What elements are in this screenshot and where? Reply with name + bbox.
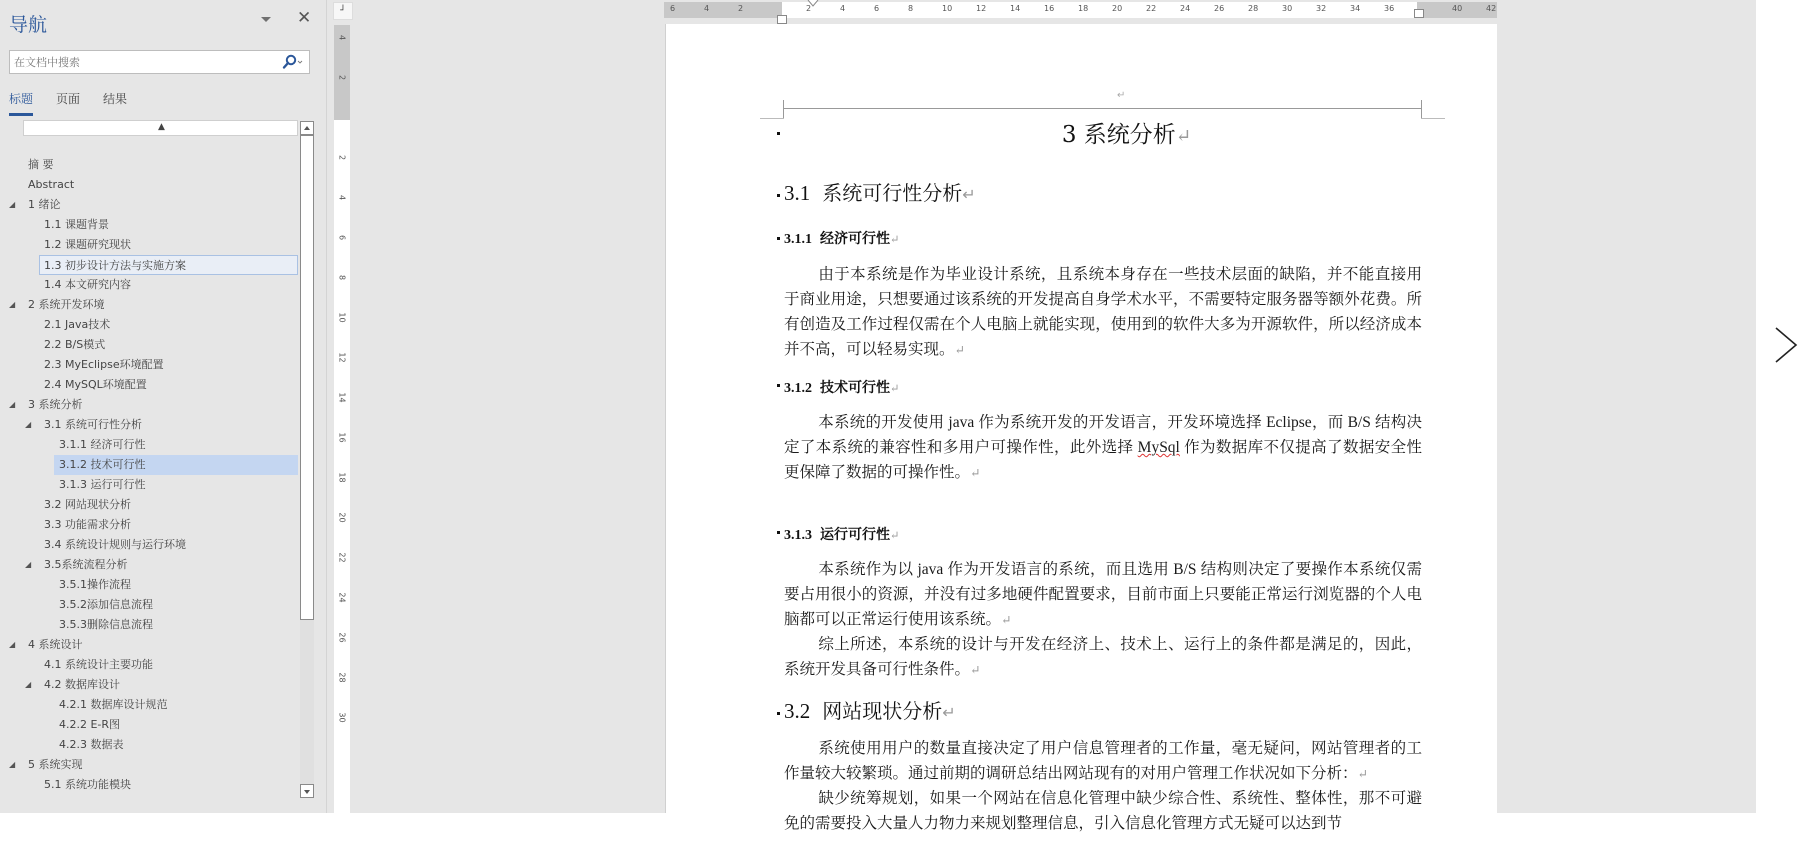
nav-heading-item[interactable]: 1.4 本文研究内容 bbox=[42, 275, 298, 295]
paragraph-economic[interactable]: 由于本系统是作为毕业设计系统，且系统本身存在一些技术层面的缺陷，并不能直接用于商… bbox=[784, 262, 1422, 363]
expand-triangle-icon[interactable]: ◢ bbox=[9, 195, 15, 215]
paragraph-mark: ↵ bbox=[890, 530, 899, 542]
section-number: 3.1.1 bbox=[784, 232, 812, 247]
nav-heading-label: 2.2 B/S模式 bbox=[44, 338, 105, 351]
nav-heading-label: 3.5.1操作流程 bbox=[59, 578, 131, 591]
ruler-tick: 8 bbox=[908, 4, 913, 13]
section-title: 经济可行性 bbox=[820, 232, 890, 247]
ruler-tick: 30 bbox=[338, 710, 347, 726]
section-title: 网站现状分析 bbox=[822, 699, 942, 723]
nav-heading-item[interactable]: 2.4 MySQL环境配置 bbox=[42, 375, 298, 395]
expand-triangle-icon[interactable]: ◢ bbox=[25, 555, 31, 575]
ruler-tick: 12 bbox=[976, 4, 986, 13]
nav-heading-label: 3.5.2添加信息流程 bbox=[59, 598, 153, 611]
nav-heading-item[interactable]: 3.5.3删除信息流程 bbox=[57, 615, 298, 635]
ruler-tick: 10 bbox=[942, 4, 952, 13]
nav-heading-label: 3.2 网站现状分析 bbox=[44, 498, 131, 511]
section-number: 3.2 bbox=[784, 699, 810, 723]
nav-heading-label: 3.5系统流程分析 bbox=[44, 558, 128, 571]
heading-3-1-3[interactable]: 3.1.3运行可行性↵ bbox=[784, 524, 899, 544]
vertical-ruler: 4224681012141618202224262830 bbox=[334, 25, 350, 813]
ruler-tick: 34 bbox=[1350, 4, 1360, 13]
nav-heading-label: 4.2 数据库设计 bbox=[44, 678, 120, 691]
ruler-tick: 4 bbox=[704, 4, 709, 13]
paragraph-planning[interactable]: 缺少统筹规划，如果一个网站在信息化管理中缺少综合性、系统性、整体性，那不可避免的… bbox=[784, 786, 1422, 836]
nav-heading-label: 3 系统分析 bbox=[28, 398, 83, 411]
search-button[interactable] bbox=[279, 53, 305, 71]
paragraph-mark: ↵ bbox=[1176, 126, 1191, 147]
paragraph-mark: ↵ bbox=[970, 663, 980, 677]
nav-heading-label: 1.4 本文研究内容 bbox=[44, 278, 131, 291]
paragraph-mark: ↵ bbox=[962, 185, 975, 204]
nav-heading-label: 1.2 课题研究现状 bbox=[44, 238, 131, 251]
nav-heading-label: 3.1.1 经济可行性 bbox=[59, 438, 146, 451]
collapse-up-icon: ▲ bbox=[158, 122, 165, 132]
expand-triangle-icon[interactable]: ◢ bbox=[9, 395, 15, 415]
close-icon[interactable]: ✕ bbox=[297, 8, 311, 28]
ruler-tick: 24 bbox=[1180, 4, 1190, 13]
horizontal-ruler: 642246810121416182022242628303234364042 bbox=[664, 2, 1497, 18]
ruler-tick: 18 bbox=[338, 470, 347, 486]
nav-heading-item[interactable]: 3.4 系统设计规则与运行环境 bbox=[42, 535, 298, 555]
scroll-up-button[interactable] bbox=[300, 121, 314, 135]
nav-heading-label: 3.5.3删除信息流程 bbox=[59, 618, 153, 631]
ruler-tick: 10 bbox=[338, 310, 347, 326]
ruler-tick: 28 bbox=[338, 670, 347, 686]
heading-3-1[interactable]: 3.1系统可行性分析↵ bbox=[784, 177, 976, 206]
ruler-tick: 22 bbox=[1146, 4, 1156, 13]
expand-triangle-icon[interactable]: ◢ bbox=[25, 415, 31, 435]
nav-heading-item[interactable]: 4.2.2 E-R图 bbox=[57, 715, 298, 735]
nav-heading-item[interactable]: 3.5.1操作流程 bbox=[57, 575, 298, 595]
nav-heading-item[interactable]: ◢3.5系统流程分析 bbox=[42, 555, 298, 575]
nav-heading-label: 3.1 系统可行性分析 bbox=[44, 418, 142, 431]
paragraph-summary[interactable]: 综上所述，本系统的设计与开发在经济上、技术上、运行上的条件都是满足的，因此，系统… bbox=[784, 632, 1422, 683]
right-indent-marker[interactable] bbox=[1414, 9, 1424, 18]
ruler-tick: 22 bbox=[338, 550, 347, 566]
ruler-tick: 8 bbox=[338, 270, 347, 286]
tab-pages[interactable]: 页面 bbox=[56, 90, 80, 116]
nav-heading-label: 5.1 系统功能模块 bbox=[44, 778, 131, 791]
nav-heading-label: 4.2.3 数据表 bbox=[59, 738, 124, 751]
paragraph-text: 缺少统筹规划，如果一个网站在信息化管理中缺少综合性、系统性、整体性，那不可避免的… bbox=[784, 790, 1422, 832]
nav-heading-item[interactable]: 3.1.1 经济可行性 bbox=[57, 435, 298, 455]
ruler-tick: 20 bbox=[1112, 4, 1122, 13]
nav-heading-label: 4.2.1 数据库设计规范 bbox=[59, 698, 168, 711]
nav-heading-item[interactable]: 2.2 B/S模式 bbox=[42, 335, 298, 355]
paragraph-text: 由于本系统是作为毕业设计系统，且系统本身存在一些技术层面的缺陷，并不能直接用于商… bbox=[784, 266, 1422, 358]
nav-heading-item[interactable]: 3.1.3 运行可行性 bbox=[57, 475, 298, 495]
nav-heading-item[interactable]: 2.3 MyEclipse环境配置 bbox=[42, 355, 298, 375]
nav-heading-item[interactable]: ◢3.1 系统可行性分析 bbox=[42, 415, 298, 435]
paragraph-mark: ↵ bbox=[1001, 613, 1011, 627]
nav-heading-item[interactable]: ◢1 绪论 bbox=[26, 195, 298, 215]
paragraph-marker bbox=[777, 712, 780, 715]
ruler-tick: 4 bbox=[840, 4, 845, 13]
section-title: 运行可行性 bbox=[820, 528, 890, 543]
paragraph-mark: ↵ bbox=[942, 703, 955, 722]
nav-heading-item[interactable]: 3.2 网站现状分析 bbox=[42, 495, 298, 515]
scroll-down-button[interactable] bbox=[300, 784, 314, 798]
nav-heading-item[interactable]: ◢4 系统设计 bbox=[26, 635, 298, 655]
scroll-thumb[interactable] bbox=[300, 135, 314, 620]
paragraph-marker bbox=[777, 531, 780, 534]
ruler-tick: 4 bbox=[338, 190, 347, 206]
left-indent-marker[interactable] bbox=[777, 15, 787, 24]
nav-heading-label: 2.1 Java技术 bbox=[44, 318, 110, 331]
ruler-tick: 20 bbox=[338, 510, 347, 526]
header-border bbox=[783, 108, 1421, 109]
paragraph-operational[interactable]: 本系统作为以 java 作为开发语言的系统，而且选用 B/S 结构则决定了要操作… bbox=[784, 557, 1422, 633]
ruler-tick: 32 bbox=[1316, 4, 1326, 13]
nav-heading-item[interactable]: 1.2 课题研究现状 bbox=[42, 235, 298, 255]
ruler-tick: 14 bbox=[338, 390, 347, 406]
search-box bbox=[9, 50, 310, 74]
paragraph-mark: ↵ bbox=[955, 343, 965, 357]
section-number: 3.1.3 bbox=[784, 528, 812, 543]
expand-triangle-icon[interactable]: ◢ bbox=[9, 635, 15, 655]
heading-tree: 摘 要Abstract◢1 绪论1.1 课题背景1.2 课题研究现状1.3 初步… bbox=[0, 155, 298, 795]
nav-heading-item[interactable]: Abstract bbox=[26, 175, 298, 195]
nav-heading-item[interactable]: 摘 要 bbox=[26, 155, 298, 175]
nav-heading-item[interactable]: 3.1.2 技术可行性 bbox=[54, 455, 298, 475]
section-title: 系统可行性分析 bbox=[822, 181, 962, 205]
nav-heading-item[interactable]: ◢2 系统开发环境 bbox=[26, 295, 298, 315]
ruler-tick: 16 bbox=[1044, 4, 1054, 13]
ruler-tick: 14 bbox=[1010, 4, 1020, 13]
heading-3-2[interactable]: 3.2网站现状分析↵ bbox=[784, 695, 956, 724]
nav-heading-item[interactable]: 4.1 系统设计主要功能 bbox=[42, 655, 298, 675]
nav-heading-item[interactable]: ◢5 系统实现 bbox=[26, 755, 298, 775]
ruler-left-margin bbox=[664, 2, 782, 18]
nav-heading-label: 摘 要 bbox=[28, 158, 54, 171]
paragraph-mark: ↵ bbox=[890, 234, 899, 246]
first-line-indent-marker[interactable] bbox=[807, 0, 819, 8]
paragraph-marker bbox=[777, 384, 780, 387]
section-title: 技术可行性 bbox=[820, 381, 890, 396]
ruler-tick: 24 bbox=[338, 590, 347, 606]
nav-heading-item[interactable]: 2.1 Java技术 bbox=[42, 315, 298, 335]
header-paragraph-mark: ↵ bbox=[1117, 90, 1125, 101]
nav-heading-label: 2.3 MyEclipse环境配置 bbox=[44, 358, 164, 371]
navigation-pane: 导航 ✕ 标题 页面 结果 ▲ 摘 要Abstract◢1 绪论1.1 课题背景… bbox=[0, 0, 327, 813]
ruler-tick: 26 bbox=[1214, 4, 1224, 13]
search-input[interactable] bbox=[14, 53, 282, 71]
nav-heading-item[interactable]: 4.2.3 数据表 bbox=[57, 735, 298, 755]
paragraph-marker bbox=[777, 237, 780, 240]
tab-results[interactable]: 结果 bbox=[103, 90, 127, 116]
nav-heading-item[interactable]: ◢4.2 数据库设计 bbox=[42, 675, 298, 695]
nav-heading-label: 5 系统实现 bbox=[28, 758, 83, 771]
pane-options-dropdown-icon[interactable] bbox=[259, 12, 273, 26]
paragraph-status[interactable]: 系统使用用户的数量直接决定了用户信息管理者的工作量，毫无疑问，网站管理者的工作量… bbox=[784, 736, 1422, 787]
ruler-tick: 4 bbox=[338, 30, 347, 46]
expand-triangle-icon[interactable]: ◢ bbox=[9, 755, 15, 775]
ruler-tick: 28 bbox=[1248, 4, 1258, 13]
ruler-tick: 42 bbox=[1486, 4, 1496, 13]
ruler-tick: 12 bbox=[338, 350, 347, 366]
ruler-tick: 36 bbox=[1384, 4, 1394, 13]
ruler-tick: 26 bbox=[338, 630, 347, 646]
nav-heading-label: 2 系统开发环境 bbox=[28, 298, 105, 311]
nav-heading-label: 4.2.2 E-R图 bbox=[59, 718, 120, 731]
nav-heading-label: Abstract bbox=[28, 178, 74, 191]
paragraph-marker bbox=[777, 194, 780, 197]
nav-tabs: 标题 页面 结果 bbox=[9, 90, 150, 116]
nav-scrollbar[interactable] bbox=[300, 121, 314, 798]
ruler-tick: 18 bbox=[1078, 4, 1088, 13]
nav-heading-label: 3.3 功能需求分析 bbox=[44, 518, 131, 531]
chapter-heading[interactable]: 3 系统分析↵ bbox=[666, 116, 1497, 149]
ruler-tick: 2 bbox=[338, 70, 347, 86]
ruler-tick: 6 bbox=[338, 230, 347, 246]
collapse-all-button[interactable]: ▲ bbox=[23, 120, 298, 136]
word-window: 导航 ✕ 标题 页面 结果 ▲ 摘 要Abstract◢1 绪论1.1 课题背景… bbox=[0, 0, 1756, 813]
nav-heading-item[interactable]: 5.1 系统功能模块 bbox=[42, 775, 298, 795]
paragraph-text: 本系统作为以 java 作为开发语言的系统，而且选用 B/S 结构则决定了要操作… bbox=[784, 561, 1422, 628]
nav-heading-label: 4.1 系统设计主要功能 bbox=[44, 658, 153, 671]
expand-triangle-icon[interactable]: ◢ bbox=[25, 675, 31, 695]
nav-heading-item[interactable]: 3.3 功能需求分析 bbox=[42, 515, 298, 535]
nav-heading-item[interactable]: 1.1 课题背景 bbox=[42, 215, 298, 235]
chapter-title: 3 系统分析 bbox=[1062, 122, 1176, 148]
nav-heading-label: 4 系统设计 bbox=[28, 638, 83, 651]
paragraph-text: 综上所述，本系统的设计与开发在经济上、技术上、运行上的条件都是满足的，因此，系统… bbox=[784, 636, 1422, 678]
ruler-tick: 6 bbox=[670, 4, 675, 13]
ruler-tick: 16 bbox=[338, 430, 347, 446]
paragraph-mark: ↵ bbox=[1358, 767, 1368, 781]
expand-triangle-icon[interactable]: ◢ bbox=[9, 295, 15, 315]
ruler-tick: 6 bbox=[874, 4, 879, 13]
tab-selector-button[interactable]: ┘ bbox=[333, 2, 353, 20]
nav-pane-title: 导航 bbox=[9, 10, 47, 37]
next-page-chevron-icon[interactable] bbox=[1772, 320, 1802, 370]
heading-3-1-1[interactable]: 3.1.1经济可行性↵ bbox=[784, 228, 899, 248]
nav-heading-label: 2.4 MySQL环境配置 bbox=[44, 378, 147, 391]
nav-heading-label: 3.1.2 技术可行性 bbox=[59, 458, 146, 471]
spelling-error-word[interactable]: MySql bbox=[1138, 439, 1180, 456]
paragraph-text: 系统使用用户的数量直接决定了用户信息管理者的工作量，毫无疑问，网站管理者的工作量… bbox=[784, 740, 1422, 782]
ruler-tick: 2 bbox=[338, 150, 347, 166]
nav-heading-item[interactable]: 4.2.1 数据库设计规范 bbox=[57, 695, 298, 715]
ruler-tick: 2 bbox=[738, 4, 743, 13]
paragraph-mark: ↵ bbox=[970, 466, 980, 480]
ruler-tick: 30 bbox=[1282, 4, 1292, 13]
nav-heading-item[interactable]: 1.3 初步设计方法与实施方案 bbox=[39, 255, 298, 275]
document-page[interactable]: ↵ 3 系统分析↵ 3.1系统可行性分析↵ 3.1.1经济可行性↵ 由于本系统是… bbox=[665, 24, 1497, 813]
section-number: 3.1 bbox=[784, 181, 810, 205]
ruler-tick: 40 bbox=[1452, 4, 1462, 13]
search-icon bbox=[279, 53, 305, 71]
paragraph-technical[interactable]: 本系统的开发使用 java 作为系统开发的开发语言，开发环境选择 Eclipse… bbox=[784, 410, 1422, 486]
heading-3-1-2[interactable]: 3.1.2技术可行性↵ bbox=[784, 377, 899, 397]
paragraph-mark: ↵ bbox=[890, 383, 899, 395]
nav-heading-item[interactable]: ◢3 系统分析 bbox=[26, 395, 298, 415]
section-number: 3.1.2 bbox=[784, 381, 812, 396]
nav-heading-label: 1.1 课题背景 bbox=[44, 218, 109, 231]
nav-heading-item[interactable]: 3.5.2添加信息流程 bbox=[57, 595, 298, 615]
nav-heading-label: 1.3 初步设计方法与实施方案 bbox=[44, 259, 186, 272]
nav-heading-label: 3.4 系统设计规则与运行环境 bbox=[44, 538, 186, 551]
nav-heading-label: 1 绪论 bbox=[28, 198, 61, 211]
tab-headings[interactable]: 标题 bbox=[9, 90, 33, 116]
nav-heading-label: 3.1.3 运行可行性 bbox=[59, 478, 146, 491]
